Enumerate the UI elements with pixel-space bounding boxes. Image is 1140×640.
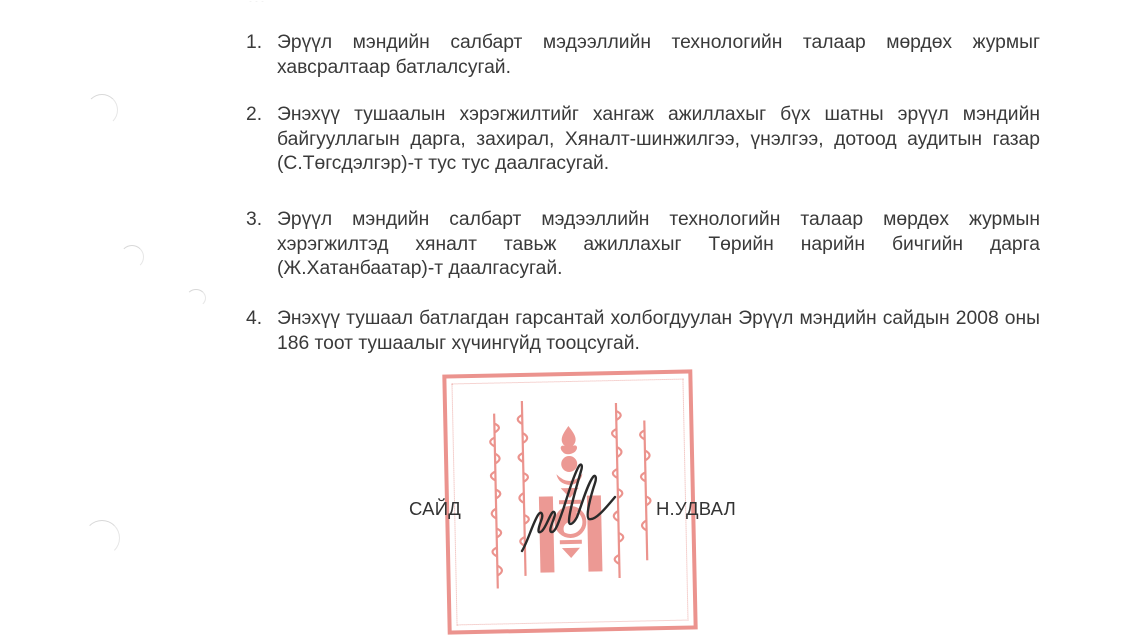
item-text: Энэхүү тушаалын хэрэгжилтийг хангаж ажил…	[277, 103, 1040, 177]
item-text: Эрүүл мэндийн салбарт мэдээллийн техноло…	[277, 31, 1040, 80]
decree-item: 2. Энэхүү тушаалын хэрэгжилтийг хангаж а…	[240, 103, 1040, 177]
item-number: 2.	[246, 103, 270, 128]
clipped-top-line: …	[247, 0, 807, 2]
signatory-name: Н.УДВАЛ	[656, 498, 736, 520]
punch-hole-mark	[86, 94, 118, 126]
decree-item: 3. Эрүүл мэндийн салбарт мэдээллийн техн…	[240, 208, 1040, 282]
punch-hole-mark	[186, 289, 206, 307]
signatory-title: САЙД	[409, 498, 461, 520]
item-text: Энэхүү тушаал батлагдан гарсантай холбог…	[277, 307, 1040, 356]
punch-hole-mark	[120, 245, 144, 269]
punch-hole-mark	[84, 520, 120, 556]
decree-item: 1. Эрүүл мэндийн салбарт мэдээллийн техн…	[240, 31, 1040, 80]
decree-item: 4. Энэхүү тушаал батлагдан гарсантай хол…	[240, 307, 1040, 356]
item-number: 4.	[246, 307, 270, 332]
item-number: 3.	[246, 208, 270, 233]
item-number: 1.	[246, 31, 270, 56]
mongolian-script-right-2	[631, 420, 660, 561]
handwritten-signature	[518, 445, 628, 565]
item-text: Эрүүл мэндийн салбарт мэдээллийн техноло…	[277, 208, 1040, 282]
mongolian-script-left	[481, 413, 511, 589]
